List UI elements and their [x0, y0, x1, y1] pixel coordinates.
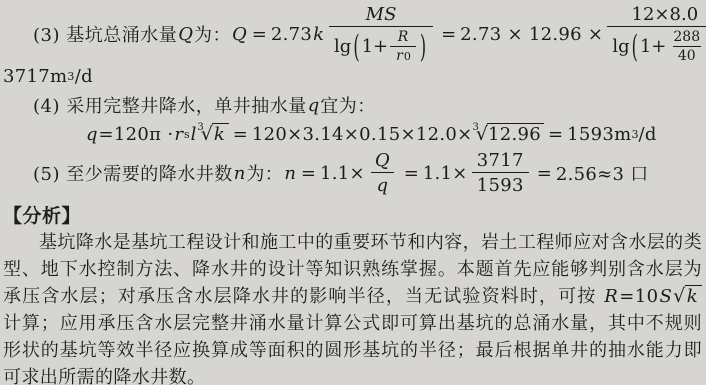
- paren-open: (: [353, 28, 359, 64]
- step-3-text: (3) 基坑总涌水量: [33, 21, 177, 47]
- solution-step-4: (4) 采用完整井降水，单井抽水量 q 宜为：: [3, 92, 702, 118]
- step-4-text: (4) 采用完整井降水，单井抽水量: [33, 92, 307, 118]
- fraction-numerator: 3717: [472, 150, 529, 172]
- result-unit: /d: [75, 66, 93, 87]
- var-k: k: [686, 286, 699, 307]
- result-wells-count: 2.56≈3 口: [556, 160, 649, 186]
- var-R: R: [603, 286, 619, 307]
- var-MS: MS: [365, 4, 398, 25]
- paren-open: (: [632, 28, 638, 64]
- solution-step-5: (5) 至少需要的降水井数 n 为： n = 1.1× Q q = 1.1× 3…: [3, 150, 702, 196]
- result-value: 3717m: [3, 66, 67, 87]
- fraction-numerator: 288: [668, 29, 705, 46]
- numeric-product: 2.73 × 12.96 ×: [460, 24, 603, 45]
- radical-sign: √: [673, 285, 686, 307]
- var-R: R: [397, 29, 410, 45]
- var-S: S: [658, 286, 673, 307]
- step-3-colon: 为：: [194, 21, 231, 47]
- coefficient: 2.73: [271, 24, 312, 45]
- solution-step-3: (3) 基坑总涌水量 Q 为： Q = 2.73 k MS lg ( 1+ R …: [3, 4, 702, 64]
- document-page: (3) 基坑总涌水量 Q 为： Q = 2.73 k MS lg ( 1+ R …: [0, 0, 706, 385]
- superscript-3: 3: [67, 70, 74, 83]
- var-l: l: [190, 124, 198, 145]
- result-unit: /d: [639, 124, 657, 145]
- paren-close: ): [420, 28, 426, 64]
- var-k: k: [213, 124, 226, 145]
- equals-sign: =: [400, 163, 423, 184]
- eq-lhs-n: n: [283, 163, 297, 184]
- analysis-text-1: 基坑降水是基坑工程设计和施工中的重要环节和内容，岩土工程师应对含水层的类型、地下…: [3, 232, 702, 307]
- superscript-3: 3: [632, 128, 639, 141]
- fraction-Q-over-q: Q q: [369, 150, 396, 196]
- lg-function: lg: [334, 36, 351, 57]
- fraction-denominator: 40: [673, 46, 701, 64]
- eq-lhs-q: q: [85, 124, 99, 145]
- result-value: 1593m: [567, 124, 631, 145]
- sub-0: 0: [404, 50, 411, 63]
- equals-ten: =10: [619, 286, 658, 307]
- fraction-numerator: 12×8.0: [627, 4, 704, 26]
- var-n: n: [233, 163, 247, 184]
- var-Q: Q: [374, 150, 391, 171]
- equals-sign: =: [437, 24, 460, 45]
- fraction-denominator: 1593: [472, 172, 529, 196]
- equals-sign: =: [248, 24, 271, 45]
- var-r: r: [395, 48, 404, 64]
- equals-sign: =: [229, 124, 252, 145]
- analysis-header: 【分析】: [3, 201, 702, 228]
- fraction-R-over-r0: R r0: [390, 29, 416, 64]
- eq-lhs-Q: Q: [231, 24, 248, 45]
- var-Q: Q: [177, 24, 194, 45]
- var-r: r: [173, 124, 184, 145]
- equals-sign: =: [297, 163, 320, 184]
- one-plus: 1+: [640, 36, 667, 57]
- fraction-288-over-40: 288 40: [668, 29, 705, 64]
- radicand-value: 12.96: [487, 123, 544, 145]
- fraction-MS-over-lg: MS lg ( 1+ R r0 ): [329, 4, 433, 64]
- var-q: q: [307, 95, 321, 116]
- analysis-text-2: 计算；应用承压含水层完整井涌水量计算公式即可算出基坑的总涌水量，其中不规则形状的…: [3, 313, 702, 385]
- equals-sign: =: [544, 124, 567, 145]
- coefficient: =120π ·: [99, 124, 174, 145]
- step-5-colon: 为：: [246, 160, 283, 186]
- equals-sign: =: [533, 163, 556, 184]
- one-plus: 1+: [362, 36, 389, 57]
- var-q: q: [376, 175, 390, 196]
- step-5-text: (5) 至少需要的降水井数: [33, 160, 233, 186]
- analysis-paragraph: 基坑降水是基坑工程设计和施工中的重要环节和内容，岩土工程师应对含水层的类型、地下…: [3, 229, 702, 385]
- step-4-colon: 宜为：: [320, 92, 376, 118]
- single-well-discharge-formula: q =120π · rs l 3√k = 120×3.14×0.15×12.0×…: [3, 119, 702, 149]
- lg-function: lg: [612, 36, 629, 57]
- fraction-3717-over-1593: 3717 1593: [472, 150, 529, 196]
- coefficient: 1.1×: [320, 163, 365, 184]
- var-k: k: [312, 24, 325, 45]
- step-3-result: 3717m3/d: [3, 64, 702, 89]
- coefficient: 1.1×: [423, 163, 468, 184]
- cube-root-index: 3: [473, 122, 479, 133]
- fraction-numeric: 12×8.0 lg ( 1+ 288 40 ): [607, 4, 706, 64]
- numeric-product: 120×3.14×0.15×12.0×: [252, 124, 473, 145]
- cube-root-index: 3: [197, 122, 203, 133]
